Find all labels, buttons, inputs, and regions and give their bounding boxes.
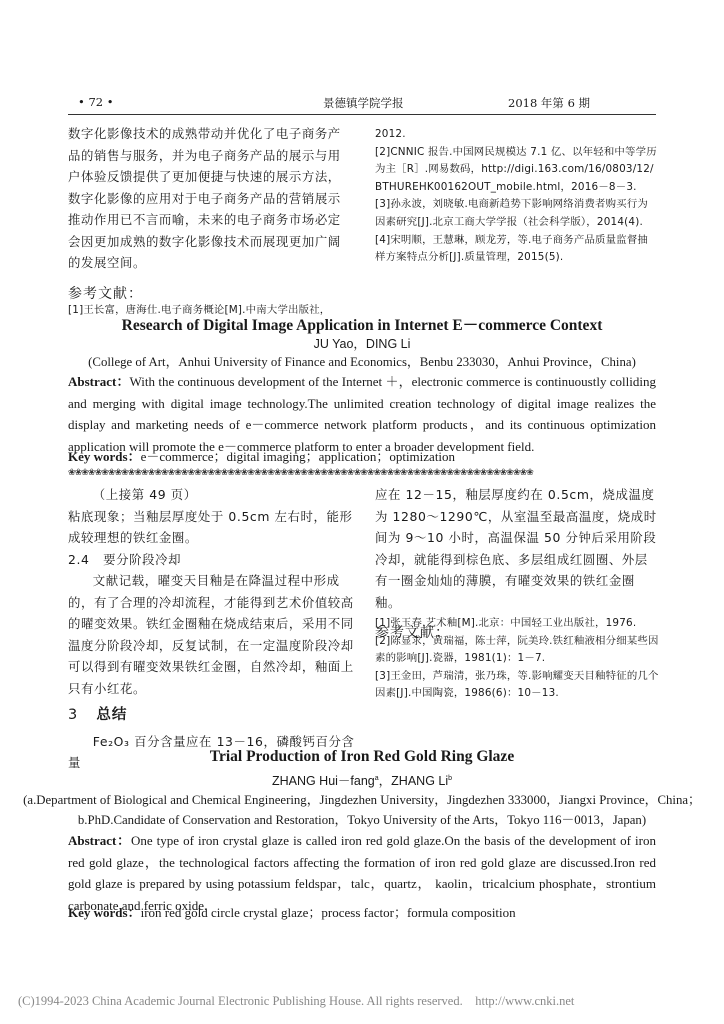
cnki-link[interactable]: http://www.cnki.net bbox=[475, 994, 574, 1008]
article-separator: ❀❀❀❀❀❀❀❀❀❀❀❀❀❀❀❀❀❀❀❀❀❀❀❀❀❀❀❀❀❀❀❀❀❀❀❀❀❀❀❀… bbox=[68, 468, 656, 478]
author-name: ，ZHANG Li bbox=[379, 774, 448, 788]
affiliation-marker: b bbox=[448, 775, 452, 782]
article2-english-title: Trial Production of Iron Red Gold Ring G… bbox=[0, 748, 724, 766]
article2-references: [1]张玉春.艺术釉[M].北京：中国轻工业出版社，1976. [2]陈显求，黄… bbox=[375, 615, 660, 703]
abstract-text: One type of iron crystal glaze is called… bbox=[68, 833, 656, 913]
reference-item: [2]CNNIC 报告.中国网民规模达 7.1 亿、以年轻和中等学历为主［R］.… bbox=[375, 144, 657, 197]
copyright-footer: (C)1994-2023 China Academic Journal Elec… bbox=[18, 994, 574, 1009]
page-number: • 72 • bbox=[78, 95, 114, 109]
article1-body-left: 数字化影像技术的成熟带动并优化了电子商务产品的销售与服务，并为电子商务产品的展示… bbox=[68, 123, 353, 305]
abstract-text: With the continuous development of the I… bbox=[68, 374, 656, 454]
article1-english-abstract: Abstract：With the continuous development… bbox=[68, 371, 656, 457]
paragraph: 文献记载，曜变天目釉是在降温过程中形成的，有了合理的冷却流程，才能得到艺术价值较… bbox=[68, 570, 358, 699]
paragraph: 应在 12－15，釉层厚度约在 0.5cm，烧成温度为 1280～1290℃，从… bbox=[375, 484, 657, 613]
continued-note: （上接第 49 页） bbox=[68, 484, 358, 506]
conclusion-paragraph: 数字化影像技术的成熟带动并优化了电子商务产品的销售与服务，并为电子商务产品的展示… bbox=[68, 123, 353, 274]
article2-body-left: （上接第 49 页） 粘底现象；当釉层厚度处于 0.5cm 左右时，能形成较理想… bbox=[68, 484, 358, 774]
section-heading-2-4: 2.4 要分阶段冷却 bbox=[68, 549, 358, 571]
paragraph: 粘底现象；当釉层厚度处于 0.5cm 左右时，能形成较理想的铁红金圈。 bbox=[68, 506, 358, 549]
abstract-label: Abstract： bbox=[68, 374, 130, 389]
article2-keywords: Key words：iron red gold circle crystal g… bbox=[68, 902, 656, 924]
reference-item: [3]王金田，芦瑞清，张乃珠，等.影响耀变天目釉特征的几个因素[J].中国陶瓷，… bbox=[375, 668, 660, 703]
section-heading-3: 3 总结 bbox=[68, 705, 358, 727]
reference-item: [1]张玉春.艺术釉[M].北京：中国轻工业出版社，1976. bbox=[375, 615, 660, 633]
section-number: 2.4 bbox=[68, 552, 90, 567]
article2-english-authors: ZHANG Hui－fanga，ZHANG Lib bbox=[0, 771, 724, 789]
running-header: • 72 • 景德镇学院学报 2018 年第 6 期 bbox=[68, 92, 656, 115]
issue-label: 2018 年第 6 期 bbox=[508, 95, 590, 111]
journal-name: 景德镇学院学报 bbox=[323, 95, 404, 111]
article1-english-authors: JU Yao，DING Li bbox=[0, 334, 724, 352]
section-number: 3 bbox=[68, 707, 78, 723]
keywords-label: Key words： bbox=[68, 905, 141, 920]
section-title: 总结 bbox=[96, 707, 127, 723]
keywords-text: iron red gold circle crystal glaze；proce… bbox=[141, 905, 516, 920]
copyright-text: (C)1994-2023 China Academic Journal Elec… bbox=[18, 994, 463, 1008]
keywords-text: e－commerce；digital imaging；application；o… bbox=[141, 449, 455, 464]
article1-english-title: Research of Digital Image Application in… bbox=[0, 313, 724, 335]
article1-keywords: Key words：e－commerce；digital imaging；app… bbox=[68, 446, 656, 468]
author-name: ZHANG Hui－fang bbox=[272, 774, 375, 788]
abstract-label: Abstract： bbox=[68, 833, 131, 848]
reference-item: [3]孙永波，刘晓敏.电商新趋势下影响网络消费者购买行为因素研究[J].北京工商… bbox=[375, 196, 657, 231]
keywords-label: Key words： bbox=[68, 449, 141, 464]
reference-item: [4]宋明顺，王慧琳，顾龙芳，等.电子商务产品质量监督抽样方案特点分析[J].质… bbox=[375, 232, 657, 267]
article2-english-affiliation-a: (a.Department of Biological and Chemical… bbox=[0, 790, 724, 810]
section-title: 要分阶段冷却 bbox=[103, 552, 181, 567]
article1-english-affiliation: (College of Art，Anhui University of Fina… bbox=[0, 352, 724, 372]
reference-item: [2]陈显求，黄瑞福，陈士萍，阮美玲.铁红釉液相分细某些因素的影响[J].瓷器，… bbox=[375, 633, 660, 668]
article2-english-affiliation-b: b.PhD.Candidate of Conservation and Rest… bbox=[0, 810, 724, 830]
reference-item: 2012. bbox=[375, 126, 657, 144]
article1-references-right: 2012. [2]CNNIC 报告.中国网民规模达 7.1 亿、以年轻和中等学历… bbox=[375, 126, 657, 267]
